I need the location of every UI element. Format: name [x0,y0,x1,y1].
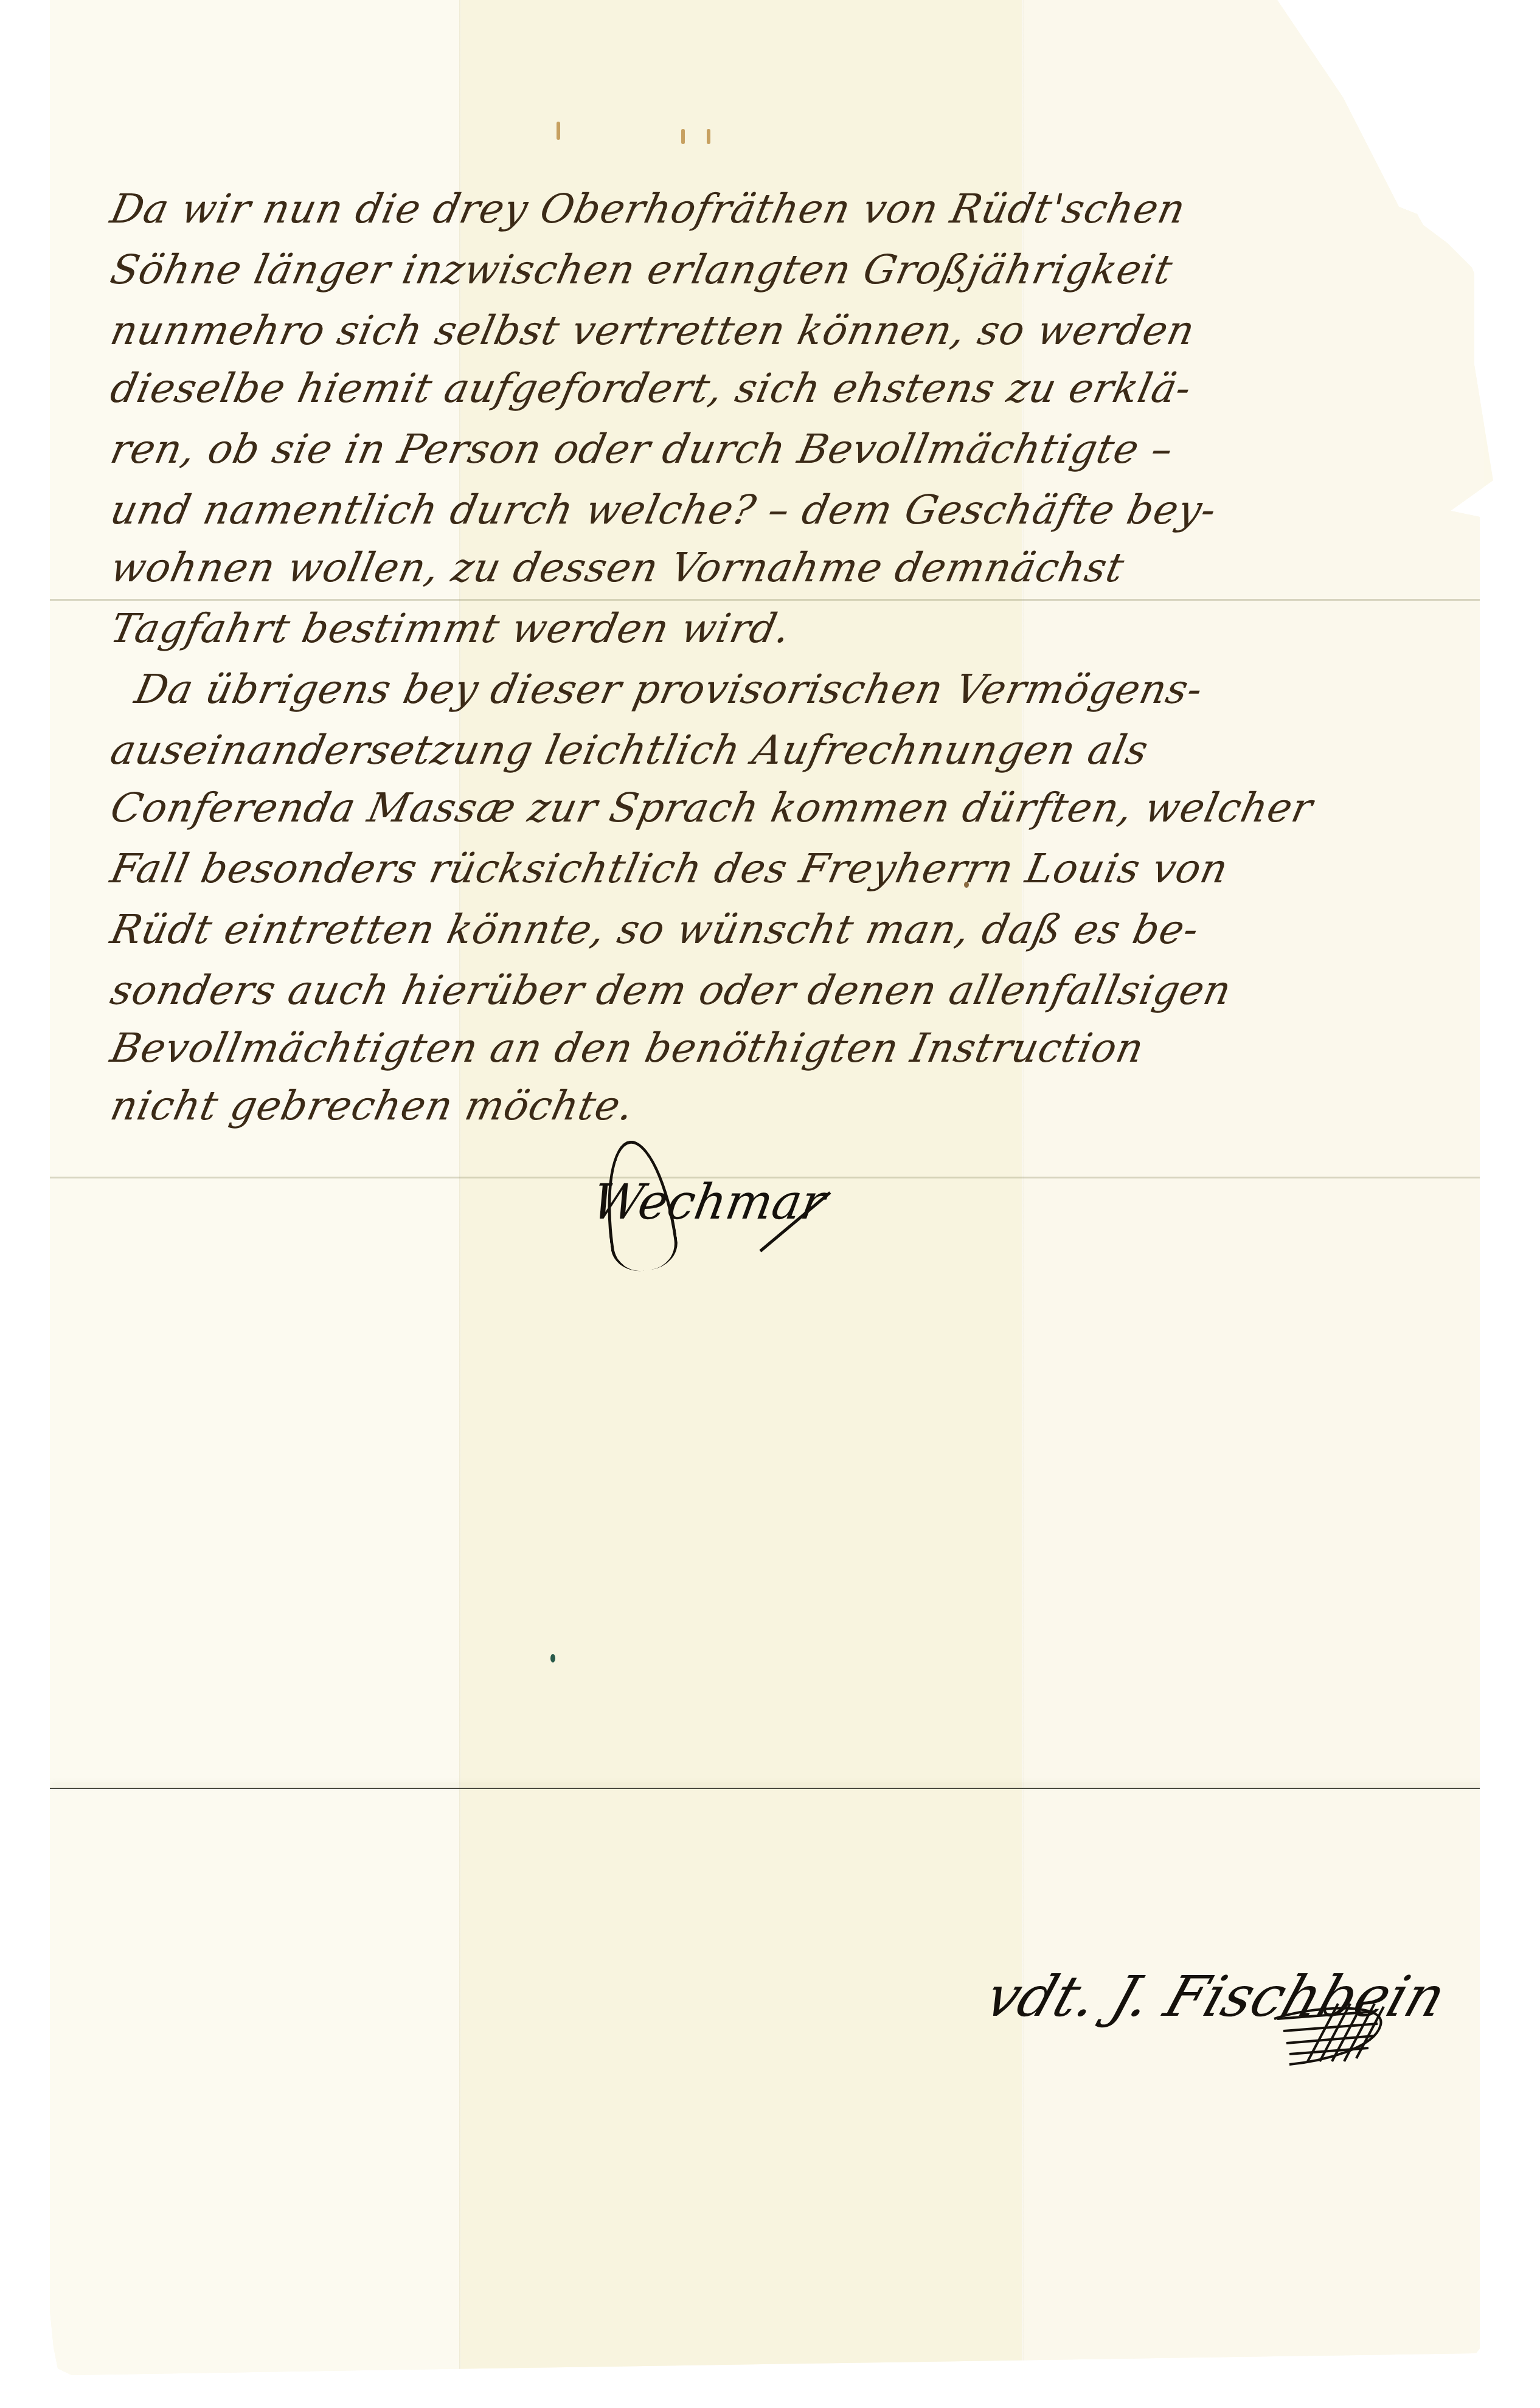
letter-line: Rüdt eintretten könnte, so wünscht man, … [106,906,1204,953]
letter-line: Da wir nun die drey Oberhofräthen von Rü… [106,185,1190,232]
letter-line: Bevollmächtigten an den benöthigten Inst… [106,1025,1148,1071]
letter-line: und namentlich durch welche? – dem Gesch… [106,486,1221,533]
letter-line: Da übrigens bey dieser provisorischen Ve… [131,666,1207,713]
letter-line: ren, ob sie in Person oder durch Bevollm… [106,426,1178,472]
signature-scribble-flourish [1271,2001,1387,2067]
vertical-fold-crease [459,0,461,2408]
letter-line: sonders auch hierüber dem oder denen all… [106,967,1236,1014]
right-paper-edge [1480,517,1481,2348]
horizontal-fold-crease [50,1788,1485,1789]
vertical-fold-crease [1022,0,1024,2408]
letter-line: Söhne länger inzwischen erlangten Großjä… [106,246,1177,293]
fold-panel-right [1022,0,1484,2408]
ink-speck [1361,38,1364,41]
letter-line: Tagfahrt bestimmt werden wird. [106,605,795,652]
letter-line: nunmehro sich selbst vertretten können, … [106,307,1199,354]
bleed-through-mark [557,122,560,140]
letter-line: Conferenda Massæ zur Sprach kommen dürft… [106,784,1317,831]
letter-line: nicht gebrechen möchte. [106,1082,638,1129]
fold-panel-left [50,0,459,2408]
bleed-through-mark [707,129,710,144]
horizontal-fold-crease [50,599,1485,601]
bleed-through-mark [681,129,685,144]
letter-line: wohnen wollen, zu dessen Vornahme demnäc… [106,544,1128,591]
ink-speck [550,1654,555,1662]
letter-line: auseinandersetzung leichtlich Aufrechnun… [106,727,1153,773]
letter-line: dieselbe hiemit aufgefordert, sich ehste… [106,365,1196,412]
letter-line: Fall besonders rücksichtlich des Freyher… [106,845,1233,892]
